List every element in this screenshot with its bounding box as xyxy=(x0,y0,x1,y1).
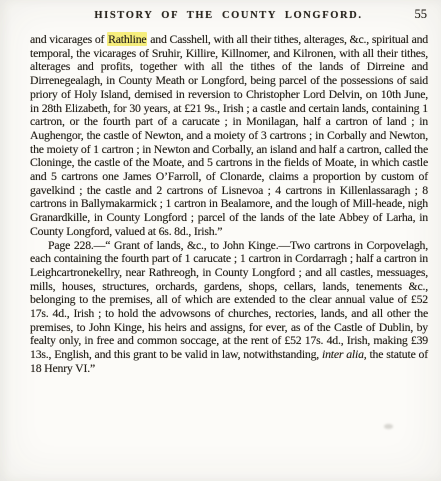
running-header: HISTORY OF THE COUNTY LONGFORD. 55 xyxy=(0,0,441,22)
highlighted-term: Rathline xyxy=(107,32,147,46)
para1-text-after-highlight: and Casshell, with all their tithes, alt… xyxy=(30,32,428,238)
latin-phrase-inter-alia: inter alia xyxy=(322,347,364,361)
para1-text-before-highlight: and vicarages of xyxy=(30,32,107,46)
running-header-title: HISTORY OF THE COUNTY LONGFORD. xyxy=(94,10,362,21)
paragraph-continuation: and vicarages of Rathline and Casshell, … xyxy=(30,33,428,239)
page-body: and vicarages of Rathline and Casshell, … xyxy=(30,33,428,376)
para2-text-before-italic: Page 228.—“ Grant of lands, &c., to John… xyxy=(30,238,428,362)
scan-artifact xyxy=(384,424,393,429)
scanned-book-page: HISTORY OF THE COUNTY LONGFORD. 55 and v… xyxy=(0,0,441,481)
page-number: 55 xyxy=(363,7,427,22)
paragraph-page-228: Page 228.—“ Grant of lands, &c., to John… xyxy=(30,239,428,376)
